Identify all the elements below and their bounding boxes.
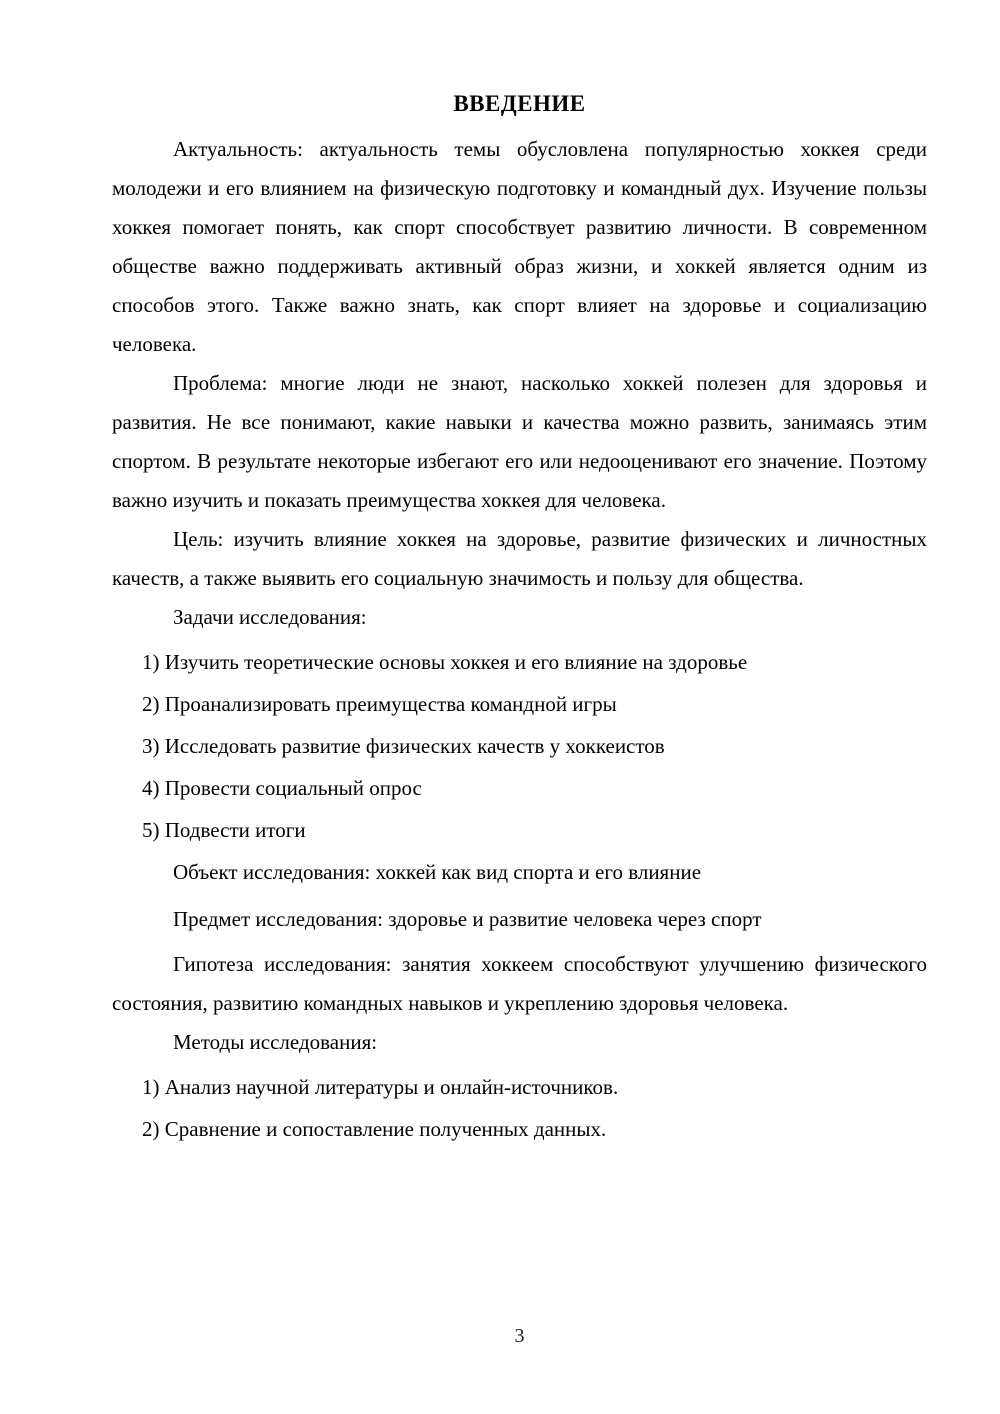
document-page: ВВЕДЕНИЕ Актуальность: актуальность темы… [0, 0, 1000, 1414]
paragraph-problem: Проблема: многие люди не знают, наскольк… [112, 364, 927, 520]
methods-heading: Методы исследования: [112, 1023, 927, 1062]
task-item: 5) Подвести итоги [112, 811, 927, 850]
research-object: Объект исследования: хоккей как вид спор… [112, 853, 927, 892]
research-hypothesis: Гипотеза исследования: занятия хоккеем с… [112, 945, 927, 1023]
paragraph-actuality: Актуальность: актуальность темы обусловл… [112, 130, 927, 364]
method-item: 1) Анализ научной литературы и онлайн-ис… [112, 1068, 927, 1107]
task-item: 4) Провести социальный опрос [112, 769, 927, 808]
task-item: 1) Изучить теоретические основы хоккея и… [112, 643, 927, 682]
page-title: ВВЕДЕНИЕ [112, 88, 927, 120]
method-item: 2) Сравнение и сопоставление полученных … [112, 1110, 927, 1149]
paragraph-goal: Цель: изучить влияние хоккея на здоровье… [112, 520, 927, 598]
research-subject: Предмет исследования: здоровье и развити… [112, 900, 927, 939]
task-item: 3) Исследовать развитие физических качес… [112, 727, 927, 766]
task-item: 2) Проанализировать преимущества командн… [112, 685, 927, 724]
page-number: 3 [112, 1322, 927, 1350]
tasks-heading: Задачи исследования: [112, 598, 927, 637]
